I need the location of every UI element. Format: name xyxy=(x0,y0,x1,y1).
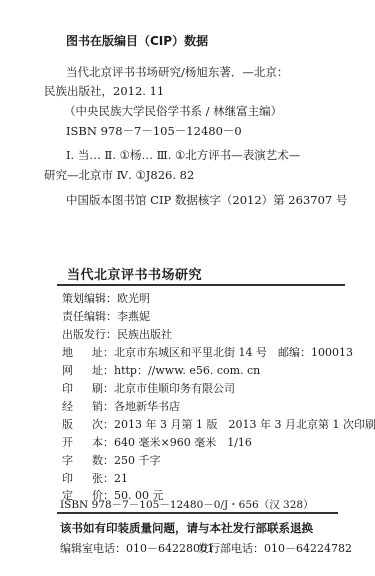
cip-line-classification: Ⅰ. 当… Ⅱ. ①杨… Ⅲ. ①北方评书—表演艺术— xyxy=(66,147,300,163)
row-word-count: 字数：250 千字 xyxy=(62,452,161,468)
row-label-b: 数： xyxy=(92,452,114,468)
cip-line-record-number: 中国版本图书馆 CIP 数据核字（2012）第 263707 号 xyxy=(66,192,347,208)
cip-heading: 图书在版编目（CIP）数据 xyxy=(66,32,208,49)
cip-line-isbn: ISBN 978－7－105－12480－0 xyxy=(66,123,242,139)
row-label-a: 印 xyxy=(62,470,73,486)
row-label-b: 址： xyxy=(92,362,114,378)
row-value: 21 xyxy=(114,472,128,485)
row-distributor: 经销：各地新华书店 xyxy=(62,398,180,414)
cip-line-title: 当代北京评书书场研究/杨旭东著．—北京： xyxy=(66,64,288,80)
row-value: 北京市东城区和平里北街 14 号 邮编：100013 xyxy=(114,346,353,359)
row-publisher: 出版发行：民族出版社 xyxy=(62,326,172,342)
editorial-phone: 编辑室电话：010－64228001 xyxy=(60,540,214,556)
row-format: 开本：640 毫米×960 毫米 1/16 xyxy=(62,434,252,450)
row-value: 欧光明 xyxy=(117,292,150,305)
row-label-a: 版 xyxy=(62,416,73,432)
row-address: 地址：北京市东城区和平里北街 14 号 邮编：100013 xyxy=(62,344,353,360)
row-printer: 印刷：北京市佳顺印务有限公司 xyxy=(62,380,235,396)
row-value: 各地新华书店 xyxy=(114,400,180,413)
row-label-b: 址： xyxy=(92,344,114,360)
distribution-phone: 发行部电话：010－64224782 xyxy=(198,540,352,556)
book-title: 当代北京评书书场研究 xyxy=(67,264,202,283)
row-label-a: 经 xyxy=(62,398,73,414)
cip-line-series: （中央民族大学民俗学书系 / 林继富主编） xyxy=(64,103,282,119)
row-label-b: 次： xyxy=(92,416,114,432)
row-label-a: 地 xyxy=(62,344,73,360)
row-responsible-editor: 责任编辑：李燕妮 xyxy=(62,308,150,324)
row-label-b: 张： xyxy=(92,470,114,486)
cip-line-publisher: 民族出版社，2012. 11 xyxy=(44,83,164,99)
row-label: 出版发行： xyxy=(62,326,117,342)
row-value: 民族出版社 xyxy=(117,328,172,341)
footer-divider xyxy=(57,512,338,514)
row-label: 策划编辑： xyxy=(62,290,117,306)
row-label-a: 网 xyxy=(62,362,73,378)
row-value: 北京市佳顺印务有限公司 xyxy=(114,382,235,395)
cip-line-classification-cont: 研究—北京市 Ⅳ. ①J826. 82 xyxy=(44,167,194,183)
row-value: 2013 年 3 月第 1 版 2013 年 3 月北京第 1 次印刷 xyxy=(114,418,375,431)
row-value: http：//www. e56. com. cn xyxy=(114,364,260,377)
row-value: 250 千字 xyxy=(114,454,161,467)
row-planning-editor: 策划编辑：欧光明 xyxy=(62,290,150,306)
row-label-b: 本： xyxy=(92,434,114,450)
row-isbn: ISBN 978－7－105－12480－0/J・656（汉 328） xyxy=(60,497,314,512)
row-label-a: 字 xyxy=(62,452,73,468)
row-label-b: 销： xyxy=(92,398,114,414)
row-edition: 版次：2013 年 3 月第 1 版 2013 年 3 月北京第 1 次印刷 xyxy=(62,416,375,432)
quality-notice: 该书如有印装质量问题，请与本社发行部联系退换 xyxy=(60,520,313,536)
row-label-a: 印 xyxy=(62,380,73,396)
row-label-b: 刷： xyxy=(92,380,114,396)
row-label-a: 开 xyxy=(62,434,73,450)
row-sheets: 印张：21 xyxy=(62,470,128,486)
row-value: 李燕妮 xyxy=(117,310,150,323)
row-website: 网址：http：//www. e56. com. cn xyxy=(62,362,260,378)
title-divider xyxy=(57,284,345,286)
row-value: 640 毫米×960 毫米 1/16 xyxy=(114,436,252,449)
row-label: 责任编辑： xyxy=(62,308,117,324)
